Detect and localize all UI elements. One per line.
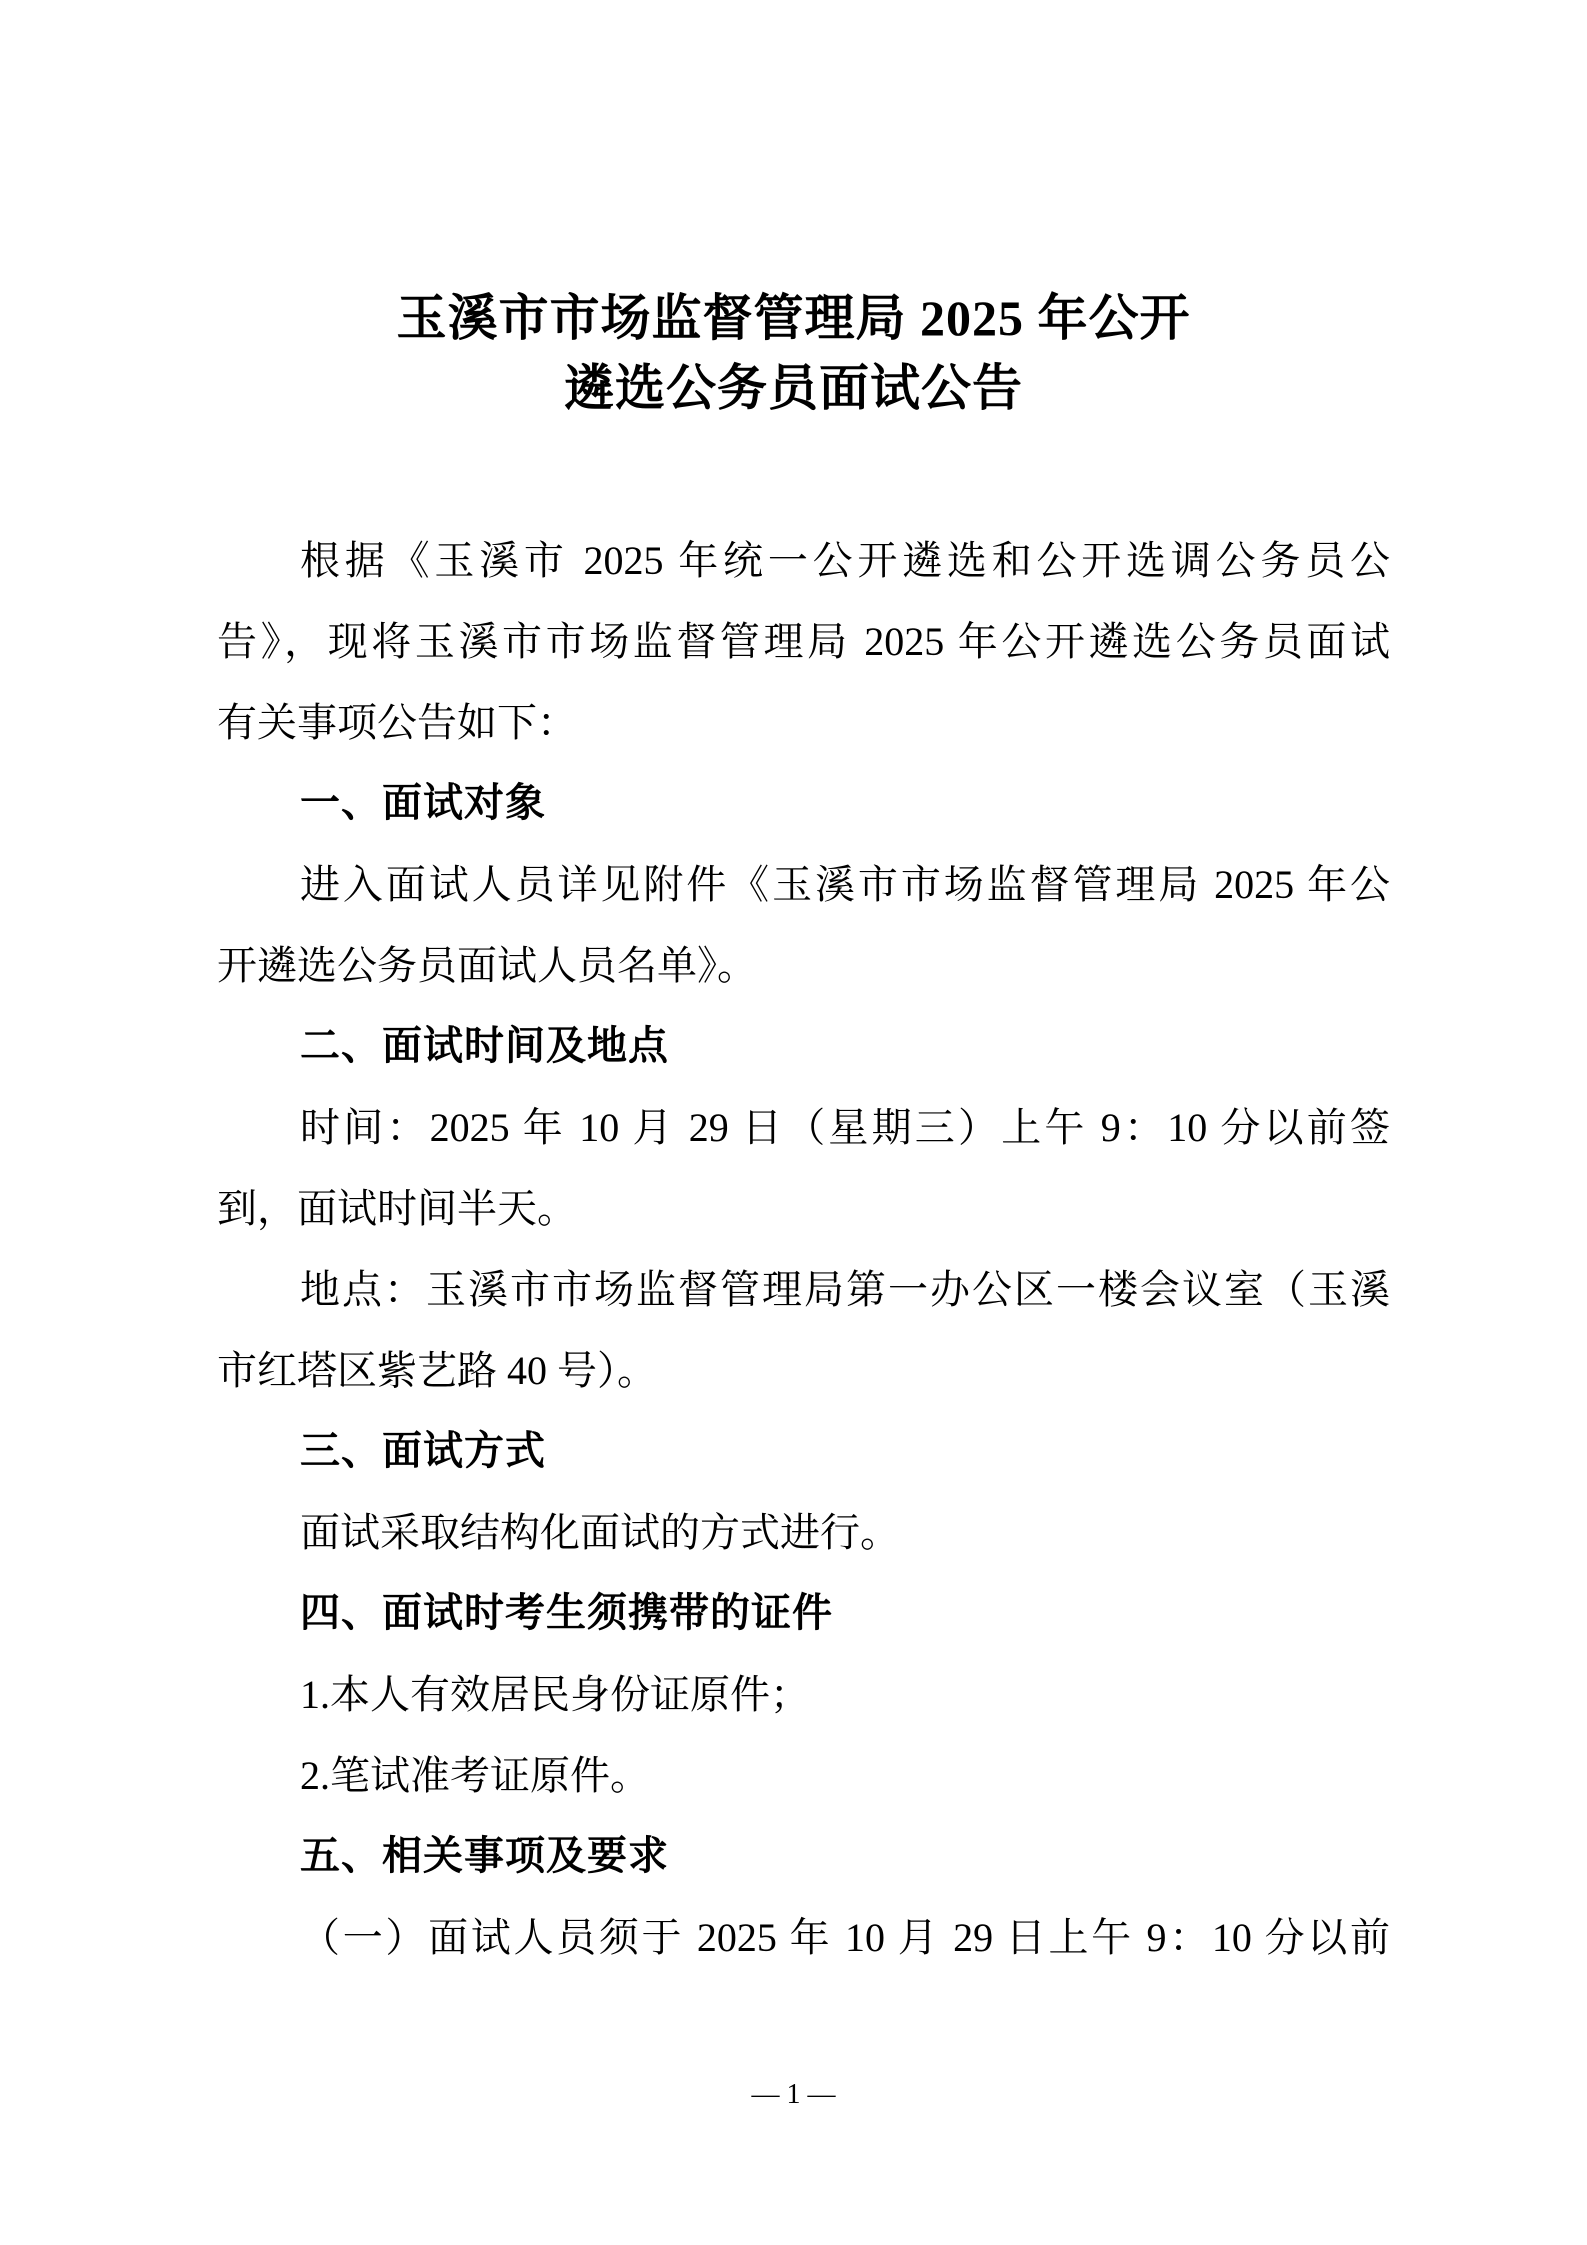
section-heading-2: 二、面试时间及地点: [217, 1006, 1390, 1087]
section-heading-3: 三、面试方式: [217, 1411, 1390, 1492]
document-title-line-2: 遴选公务员面试公告: [0, 353, 1587, 423]
doc-line-sec5-1: （一）面试人员须于 2025 年 10 月 29 日上午 9：10 分以前: [217, 1897, 1390, 1978]
doc-line-sec4-item-2: 2.笔试准考证原件。: [217, 1735, 1390, 1816]
doc-line-sec1-2: 开遴选公务员面试人员名单》。: [217, 925, 1390, 1006]
page-number: — 1 —: [0, 2073, 1587, 2117]
document-body: 根据《玉溪市 2025 年统一公开遴选和公开选调公务员公 告》，现将玉溪市市场监…: [217, 520, 1390, 1978]
document-title: 玉溪市市场监督管理局 2025 年公开 遴选公务员面试公告: [0, 283, 1587, 423]
doc-line-intro-1: 根据《玉溪市 2025 年统一公开遴选和公开选调公务员公: [217, 520, 1390, 601]
doc-line-sec2-place-1: 地点：玉溪市市场监督管理局第一办公区一楼会议室（玉溪: [217, 1249, 1390, 1330]
doc-line-sec1-1: 进入面试人员详见附件《玉溪市市场监督管理局 2025 年公: [217, 844, 1390, 925]
document-page: 玉溪市市场监督管理局 2025 年公开 遴选公务员面试公告 根据《玉溪市 202…: [0, 0, 1587, 2245]
section-heading-5: 五、相关事项及要求: [217, 1816, 1390, 1897]
document-title-line-1: 玉溪市市场监督管理局 2025 年公开: [0, 283, 1587, 353]
doc-line-sec2-place-2: 市红塔区紫艺路 40 号）。: [217, 1330, 1390, 1411]
doc-line-sec3-1: 面试采取结构化面试的方式进行。: [217, 1492, 1390, 1573]
doc-line-sec2-time-2: 到，面试时间半天。: [217, 1168, 1390, 1249]
section-heading-4: 四、面试时考生须携带的证件: [217, 1573, 1390, 1654]
doc-line-intro-2: 告》，现将玉溪市市场监督管理局 2025 年公开遴选公务员面试: [217, 601, 1390, 682]
section-heading-1: 一、面试对象: [217, 763, 1390, 844]
doc-line-sec4-item-1: 1.本人有效居民身份证原件；: [217, 1654, 1390, 1735]
doc-line-intro-3: 有关事项公告如下：: [217, 682, 1390, 763]
doc-line-sec2-time-1: 时间：2025 年 10 月 29 日（星期三）上午 9：10 分以前签: [217, 1087, 1390, 1168]
